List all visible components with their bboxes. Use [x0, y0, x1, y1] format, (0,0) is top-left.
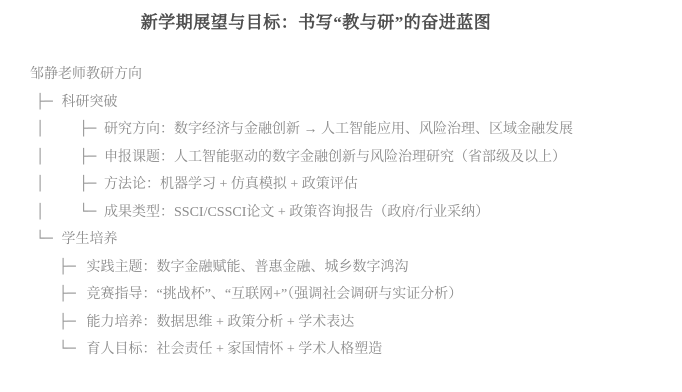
tree-tee-icon: ├─: [59, 254, 83, 282]
leaf-research-direction: │ ├─ 研究方向：数字经济与金融创新 → 人工智能应用、风险治理、区域金融发展: [0, 116, 682, 144]
leaf-practice-themes: ├─ 实践主题：数字金融赋能、普惠金融、城乡数字鸿沟: [0, 254, 682, 282]
branch-label: 学生培养: [62, 232, 118, 247]
leaf-label: 方法论：机器学习 + 仿真模拟 + 政策评估: [104, 177, 358, 192]
tree-tee-icon: ├─: [80, 116, 101, 144]
leaf-grant-application: │ ├─ 申报课题：人工智能驱动的数字金融创新与风险治理研究（省部级及以上）: [0, 144, 682, 172]
tree-bar-icon: │: [36, 171, 76, 199]
tree-tee-icon: ├─: [59, 281, 83, 309]
research-plan-tree: 邹静老师教研方向 ├─ 科研突破 │ ├─ 研究方向：数字经济与金融创新 → 人…: [0, 61, 682, 364]
tree-elbow-icon: └─: [59, 336, 83, 364]
tree-elbow-icon: └─: [80, 199, 101, 227]
tree-tee-icon: ├─: [59, 309, 83, 337]
leaf-output-types: │ └─ 成果类型：SSCI/CSSCI论文 + 政策咨询报告（政府/行业采纳）: [0, 199, 682, 227]
leaf-label: 申报课题：人工智能驱动的数字金融创新与风险治理研究（省部级及以上）: [104, 150, 566, 165]
tree-bar-icon: │: [36, 144, 76, 172]
leaf-education-goals: └─ 育人目标：社会责任 + 家国情怀 + 学术人格塑造: [0, 336, 682, 364]
tree-root-label: 邹静老师教研方向: [30, 67, 142, 82]
leaf-label: 能力培养：数据思维 + 政策分析 + 学术表达: [87, 315, 355, 330]
leaf-label: 成果类型：SSCI/CSSCI论文 + 政策咨询报告（政府/行业采纳）: [104, 205, 489, 220]
tree-tee-icon: ├─: [80, 171, 101, 199]
tree-tee-icon: ├─: [80, 144, 101, 172]
tree-root: 邹静老师教研方向: [0, 61, 682, 89]
leaf-label: 竞赛指导：“挑战杯”、“互联网+”（强调社会调研与实证分析）: [87, 287, 463, 302]
document-page: 新学期展望与目标：书写“教与研”的奋进蓝图 邹静老师教研方向 ├─ 科研突破 │…: [0, 0, 682, 392]
branch-label: 科研突破: [62, 95, 118, 110]
tree-bar-icon: │: [36, 116, 76, 144]
page-title: 新学期展望与目标：书写“教与研”的奋进蓝图: [0, 0, 632, 34]
leaf-methodology: │ ├─ 方法论：机器学习 + 仿真模拟 + 政策评估: [0, 171, 682, 199]
leaf-competition-guidance: ├─ 竞赛指导：“挑战杯”、“互联网+”（强调社会调研与实证分析）: [0, 281, 682, 309]
leaf-competency-building: ├─ 能力培养：数据思维 + 政策分析 + 学术表达: [0, 309, 682, 337]
leaf-label: 研究方向：数字经济与金融创新 → 人工智能应用、风险治理、区域金融发展: [104, 122, 573, 137]
tree-tee-icon: ├─: [36, 89, 58, 117]
leaf-label: 育人目标：社会责任 + 家国情怀 + 学术人格塑造: [87, 342, 383, 357]
branch-research-breakthrough: ├─ 科研突破: [0, 89, 682, 117]
branch-student-development: └─ 学生培养: [0, 226, 682, 254]
tree-elbow-icon: └─: [36, 226, 58, 254]
tree-bar-icon: │: [36, 199, 76, 227]
leaf-label: 实践主题：数字金融赋能、普惠金融、城乡数字鸿沟: [87, 260, 409, 275]
